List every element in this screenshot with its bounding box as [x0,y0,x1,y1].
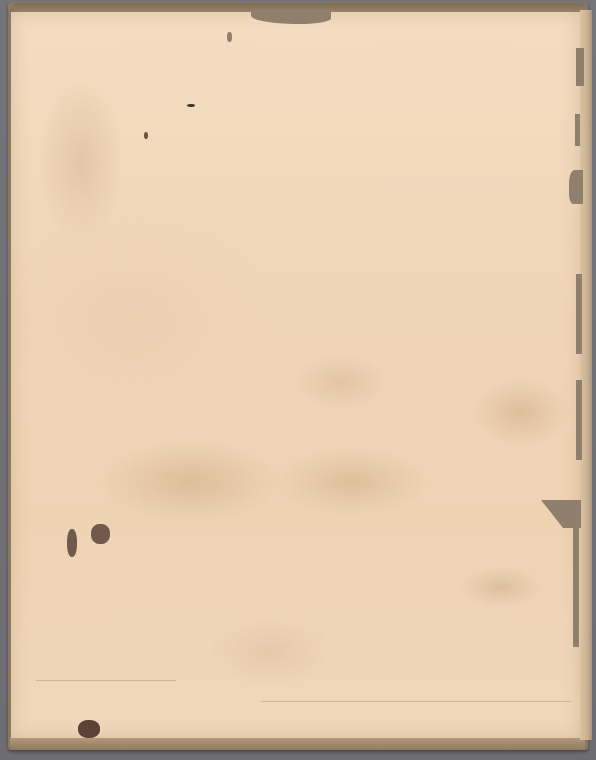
top-tear [251,10,331,24]
small-speck-1 [187,104,195,107]
right-edge-tear-1 [576,48,584,86]
bottom-board-edge [10,737,585,750]
right-edge-tear-4 [576,274,582,354]
crease-line-2 [261,701,571,702]
right-edge-tear-5 [576,380,582,460]
right-edge-tear-2 [575,114,580,146]
right-edge-tear-7 [573,527,579,647]
crease-line-1 [36,680,176,681]
right-edge-tear-6 [541,500,581,528]
blank-page [11,12,580,738]
small-speck-2 [144,132,148,139]
ink-spot-2 [91,524,110,544]
right-edge-tear-3 [569,170,583,204]
top-tear-small [227,32,232,42]
photo-scene [0,0,596,760]
ink-spot-1 [67,529,77,557]
right-edge-strip [580,10,592,740]
ink-spot-3 [78,720,100,738]
